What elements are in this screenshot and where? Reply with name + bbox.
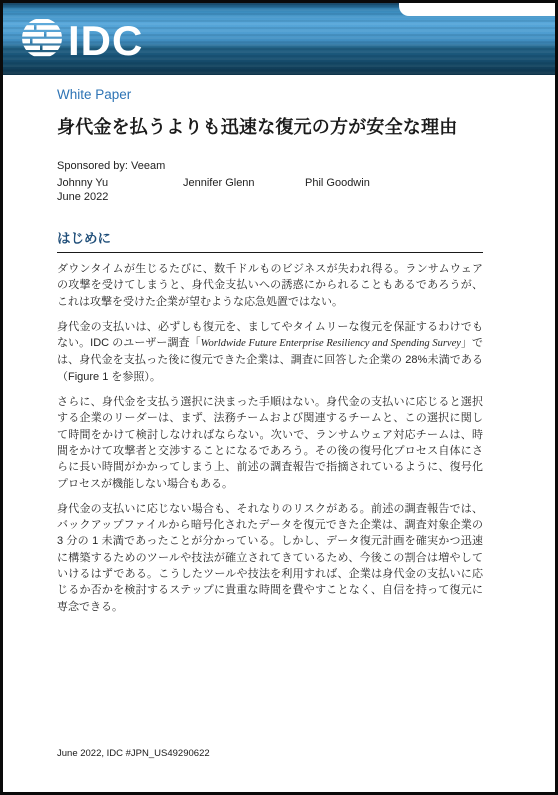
idc-logo: IDC [20,16,143,65]
paragraph-downtime: ダウンタイムが生じるたびに、数千ドルものビジネスが失われ得る。ランサムウェアの攻… [57,261,483,310]
document-content: White Paper 身代金を払うよりも迅速な復元の方が安全な理由 Spons… [3,75,555,624]
paragraph-recovery-risk: 身代金の支払いに応じない場合も、それなりのリスクがある。前述の調査報告では、バッ… [57,501,483,615]
idc-logo-text: IDC [68,19,143,63]
sponsor-line: Sponsored by: Veeam [57,160,483,172]
section-divider [57,252,483,253]
paragraph-no-procedure: さらに、身代金を支払う選択に決まった手順はない。身代金の支払いに応じると選択する… [57,394,483,492]
document-kind-label: White Paper [57,87,483,102]
publication-date: June 2022 [57,191,483,203]
author-name: Johnny Yu [57,177,183,189]
whitepaper-page: IDC White Paper 身代金を払うよりも迅速な復元の方が安全な理由 S… [0,0,558,795]
authors-row: Johnny Yu Jennifer Glenn Phil Goodwin [57,177,483,189]
idc-globe-icon [20,16,64,65]
introduction-body: ダウンタイムが生じるたびに、数千ドルものビジネスが失われ得る。ランサムウェアの攻… [57,261,483,615]
document-title: 身代金を払うよりも迅速な復元の方が安全な理由 [57,113,483,139]
author-name: Jennifer Glenn [183,177,305,189]
author-name: Phil Goodwin [305,177,483,189]
paragraph-survey: 身代金の支払いは、必ずしも復元を、ましてやタイムリーな復元を保証するわけでもない… [57,319,483,385]
header-banner: IDC [3,3,555,75]
banner-corner-notch [399,3,555,16]
survey-title-italic: Worldwide Future Enterprise Resiliency a… [201,338,461,349]
footer-document-id: June 2022, IDC #JPN_US49290622 [57,748,210,759]
section-heading-introduction: はじめに [57,227,483,247]
